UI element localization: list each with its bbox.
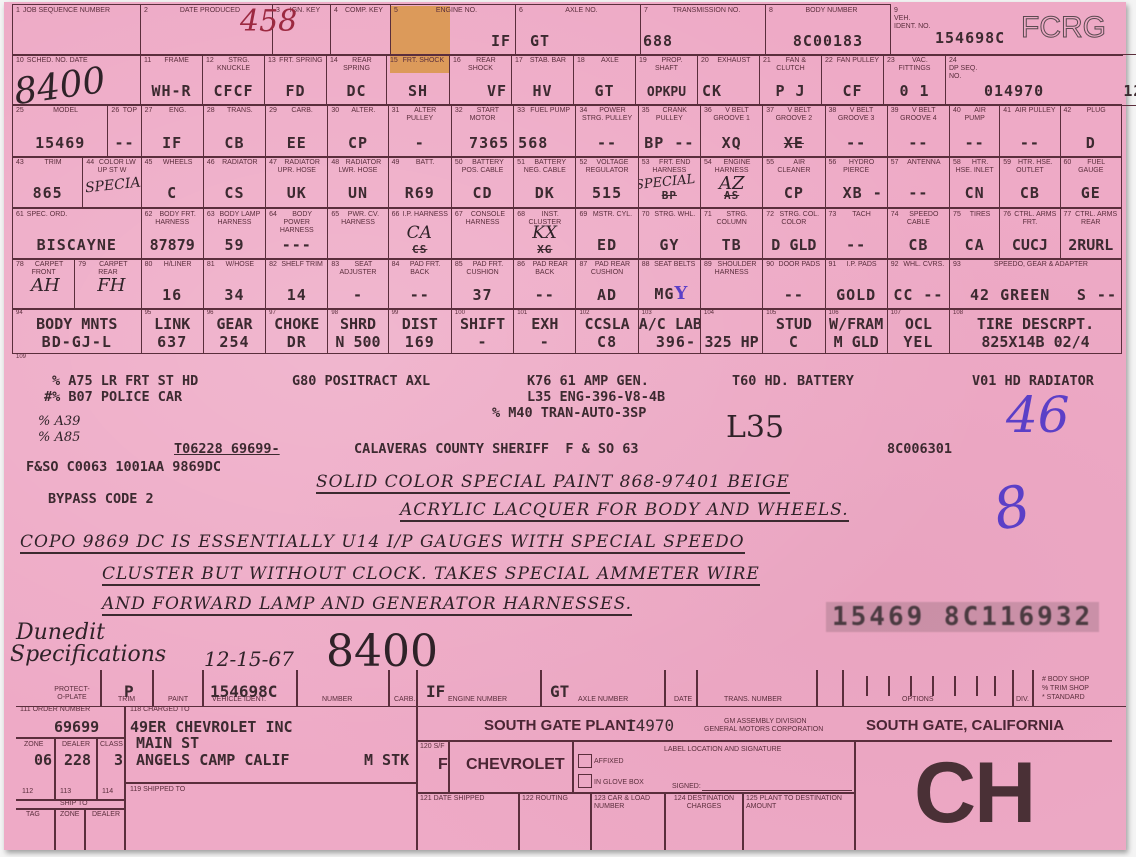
option-line: % A75 LR FRT ST HD (52, 374, 198, 389)
option-line: CALAVERAS COUNTY SHERIFF F & SO 63 (354, 442, 638, 457)
option-line: F&SO C0063 1001AA 9869DC (26, 460, 221, 475)
note-line-3: COPO 9869 DC IS ESSENTIALLY U14 I/P GAUG… (20, 532, 745, 554)
cell-link: 95LINK637 (141, 309, 203, 354)
stock: M STK (364, 751, 409, 769)
plant-code: 14970 (626, 716, 674, 735)
handwritten-a85: % A85 (38, 430, 80, 445)
cell-seat-adjuster: 83Seat Adjuster- (328, 259, 388, 310)
spec-grid: 1Job Sequence Number14 12-08 2Date Produ… (12, 4, 1123, 56)
option-line: T60 HD. BATTERY (732, 374, 854, 389)
spec-grid-row7: 94BODY MNTSBD-GJ-L 95LINK637 96GEAR254 9… (12, 308, 1122, 354)
cell-fuel-gauge: 60Fuel GaugeGE (1060, 157, 1121, 208)
cell-pad-frt-cushion: 85Pad Frt. Cushion37 (451, 259, 513, 310)
cell-plug: 42PlugD (1060, 105, 1121, 158)
cell-radiator-lwr-hose: 48Radiator Lwr. HoseUN (328, 157, 388, 208)
options-num: 109 (16, 354, 26, 360)
cell-trans: 28Trans.CB (203, 105, 265, 158)
cell-crank-pulley: 35Crank PulleyBP -- (638, 105, 700, 158)
build-sheet: 1Job Sequence Number14 12-08 2Date Produ… (4, 2, 1126, 850)
cell-top: 26Top-- (108, 105, 141, 158)
cell-tires: 75TiresCA (950, 209, 1000, 260)
charged-to-line2: MAIN ST (136, 734, 199, 752)
dealer-value: 228 (64, 751, 91, 769)
cell-air-pulley: 41Air Pulley-- (1000, 105, 1060, 158)
cell-voltage-regulator: 52Voltage Regulator515 (576, 157, 638, 208)
cell-trim: 43Trim865 (13, 157, 83, 208)
cell-axle: 18AxleGT (574, 55, 636, 106)
option-line: G80 POSITRACT AXL (292, 374, 430, 389)
note-line-4: CLUSTER BUT WITHOUT CLOCK. TAKES SPECIAL… (102, 564, 760, 586)
cell-frt-spring: 13Frt. SpringFD (265, 55, 327, 106)
cell-transmission-no: 7Transmission No.688 (641, 5, 766, 56)
cell-radiator: 46RadiatorCS (203, 157, 265, 208)
cell-vin: 9Veh. Ident. No.154698CFCRG (891, 5, 1123, 56)
cell-hydro-pierce: 56Hydro PierceXB - (825, 157, 887, 208)
row-7: 94BODY MNTSBD-GJ-L 95LINK637 96GEAR254 9… (13, 309, 1122, 354)
charged-to-line3: ANGELS CAMP CALIF (136, 751, 290, 769)
cell-comp-key: 4Comp. Key (331, 5, 391, 56)
handwritten-46: 46 (1006, 386, 1070, 444)
cell-shrd: 98SHRDN 500 (328, 309, 388, 354)
cell-body-mnts: 94BODY MNTSBD-GJ-L (13, 309, 142, 354)
cell-frame: 11FrameWH-R (141, 55, 203, 106)
make: CHEVROLET (466, 756, 565, 774)
cell-fuel-pump: 33Fuel Pump568 (514, 105, 576, 158)
cell-dist: 99DIST169 (388, 309, 451, 354)
cell-h-liner: 80H/Liner16 (141, 259, 203, 310)
cell-inst-cluster: 68Inst. ClusterKXXG (514, 209, 576, 260)
cell-battery-neg-cable: 51Battery Neg. CableDK (514, 157, 576, 208)
option-line: 8C006301 (887, 442, 952, 457)
cell-shift: 100SHIFT- (451, 309, 513, 354)
glove-box-checkbox[interactable] (578, 774, 592, 788)
cell-speedo-gear: 93Speedo, Gear & Adapter42 GREENS -- (950, 259, 1122, 310)
cell-w-hose: 81W/Hose34 (203, 259, 265, 310)
cell-fan-pulley: 22Fan PulleyCF (822, 55, 884, 106)
plant-location: SOUTH GATE, CALIFORNIA (866, 717, 1064, 734)
cell-ip-pads: 91I.P. PadsGOLD (825, 259, 887, 310)
cell-antenna: 57Antenna-- (887, 157, 949, 208)
option-line: K76 61 AMP GEN. (527, 374, 649, 389)
cell-pad-frt-back: 84Pad Frt. Back-- (388, 259, 451, 310)
cell-strg-whl: 70Strg. Whl.GY (638, 209, 700, 260)
option-line: BYPASS CODE 2 (48, 492, 154, 507)
spec-grid-row6: 78Carpet FrontAH 79Carpet RearFH 80H/Lin… (12, 258, 1122, 310)
sf-value: F (438, 756, 448, 774)
cell-carpet-rear: 79Carpet RearFH (75, 259, 141, 310)
spec-grid-row5: 61Spec. Ord.BISCAYNE 62Body Frt. Harness… (12, 208, 1122, 260)
handwritten-458: 458 (240, 4, 297, 39)
cell-door-pads: 90Door Pads-- (763, 259, 825, 310)
cell-fan-clutch: 21Fan & ClutchP J (760, 55, 822, 106)
cell-exhaust: 20ExhaustCK (698, 55, 760, 106)
row-4: 43Trim865 44Color LW UP ST WSPECIAL 45Wh… (13, 157, 1122, 208)
signature-amount: 8400 (326, 626, 438, 677)
cell-vbelt-3: 38V Belt Groove 3-- (825, 105, 887, 158)
cell-tire-descrpt: 108TIRE DESCRPT.825X14B 02/4 (950, 309, 1122, 354)
zone-value: 06 (34, 751, 52, 769)
cell-seat-belts: 88Seat BeltsMGY (638, 259, 700, 310)
cell-speedo-cable: 74Speedo CableCB (887, 209, 949, 260)
cell-job-seq: 1Job Sequence Number14 12-08 (13, 5, 141, 56)
cell-ocl: 107OCLYEL (887, 309, 949, 354)
cell-ip-harness: 66I.P. HarnessCACS (388, 209, 451, 260)
cell-ccsla: 102CCSLAC8 (576, 309, 638, 354)
cell-htr-hse-inlet: 58Htr. Hse. InletCN (950, 157, 1000, 208)
cell-alter-pulley: 31Alter Pulley- (388, 105, 451, 158)
option-line: L35 ENG-396-V8-4B (527, 390, 665, 405)
class-value: 3 (114, 751, 123, 769)
cell-pwr-cv-harness: 65Pwr. CV. Harness (328, 209, 388, 260)
protect-o-plate-row: Protect-O-Plate Trim P Paint Vehicle Ide… (16, 682, 1126, 707)
signature-line2: Specifications (10, 642, 166, 667)
cell-carpet-front: 78Carpet FrontAH (13, 259, 75, 310)
serial-stamp: 15469 8C116932 (826, 602, 1099, 632)
handwritten-l35: L35 (726, 410, 784, 445)
cell-htr-hse-outlet: 59Htr. Hse. OutletCB (1000, 157, 1060, 208)
cell-shelf-trim: 82Shelf Trim14 (266, 259, 328, 310)
cell-w-fram: 106W/FRAMM GLD (825, 309, 887, 354)
row-3: 25Model15469 26Top-- 27Eng.IF 28Trans.CB… (13, 105, 1122, 158)
row-5: 61Spec. Ord.BISCAYNE 62Body Frt. Harness… (13, 209, 1122, 260)
spec-grid-row2: 10Sched. No. Date 11FrameWH-R 12Strg. Kn… (12, 54, 1136, 106)
cell-body-power-harness: 64Body Power Harness--- (266, 209, 328, 260)
cell-axle-no: 6Axle No.GT (516, 5, 641, 56)
handwritten-8-scribble: 8 (988, 473, 1036, 544)
plant-name: SOUTH GATE PLANT (484, 717, 635, 734)
cell-engine-harness: 54Engine HarnessAZAS (700, 157, 762, 208)
signature-date: 12-15-67 (204, 647, 294, 671)
cell-eng: 27Eng.IF (141, 105, 203, 158)
cell-air-cleaner: 55Air CleanerCP (763, 157, 825, 208)
cell-stab-bar: 17Stab. BarHV (512, 55, 574, 106)
cell-body-frt-harness: 62Body Frt. Harness87879 (141, 209, 203, 260)
cell-power-strg-pulley: 34Power Strg. Pulley-- (576, 105, 638, 158)
cell-dp-seq: 24DP Seq. No.01497012-18 (946, 55, 1136, 106)
affixed-checkbox[interactable] (578, 754, 592, 768)
cell-strg-col-color: 72Strg. Col. ColorD GLD (763, 209, 825, 260)
cell-pad-rear-back: 86Pad Rear Back-- (514, 259, 576, 310)
row-1: 1Job Sequence Number14 12-08 2Date Produ… (13, 5, 1123, 56)
cell-strg-column: 71Strg. ColumnTB (700, 209, 762, 260)
cell-alter: 30Alter.CP (328, 105, 388, 158)
cell-frt-shock: 15Frt. ShockSH (387, 55, 450, 106)
cell-ac-label: 103A/C LABEL396- (638, 309, 700, 354)
spec-grid-row4: 43Trim865 44Color LW UP ST WSPECIAL 45Wh… (12, 156, 1122, 208)
spec-grid-row3: 25Model15469 26Top-- 27Eng.IF 28Trans.CB… (12, 104, 1122, 158)
cell-gear: 96GEAR254 (203, 309, 265, 354)
cell-rear-shock: 16Rear ShockVF (450, 55, 512, 106)
cell-radiator-upr-hose: 47Radiator Upr. HoseUK (266, 157, 328, 208)
order-number: 69699 (54, 718, 99, 736)
cell-vbelt-4: 39V Belt Groove 4-- (887, 105, 949, 158)
cell-frt-end-harness: 53Frt. End HarnessSPECIALBP (638, 157, 700, 208)
cell-vbelt-1: 36V Belt Groove 1XQ (700, 105, 762, 158)
cell-ctrl-arms-rear: 77Ctrl. Arms Rear2RURL (1060, 209, 1121, 260)
cell-vac-fittings: 23Vac. Fittings0 1 (884, 55, 946, 106)
cell-rear-spring: 14Rear SpringDC (327, 55, 387, 106)
cell-prop-shaft: 19Prop. ShaftOPKPU (636, 55, 698, 106)
cell-exh: 101EXH- (514, 309, 576, 354)
cell-pad-rear-cushion: 87Pad Rear CushionAD (576, 259, 638, 310)
cell-mstr-cyl: 69Mstr. Cyl.ED (576, 209, 638, 260)
fcrg-stamp: FCRG (1021, 11, 1106, 45)
note-line-1: SOLID COLOR SPECIAL PAINT 868-97401 BEIG… (316, 472, 790, 494)
cell-model: 25Model15469 (13, 105, 108, 158)
cell-batt: 49Batt.R69 (388, 157, 451, 208)
cell-strg-knuckle: 12Strg. KnuckleCFCF (203, 55, 265, 106)
option-line: T06228 69699- (174, 442, 280, 457)
cell-color: 44Color LW UP ST WSPECIAL (83, 157, 141, 208)
cell-start-motor: 32Start Motor7365 (451, 105, 513, 158)
option-line: % M40 TRAN-AUTO-3SP (492, 406, 646, 421)
cell-whl-cvrs: 92Whl. Cvrs.CC -- (887, 259, 949, 310)
cell-hp: 104325 HP (700, 309, 762, 354)
cell-battery-pos-cable: 50Battery Pos. CableCD (451, 157, 513, 208)
cell-tach: 73Tach-- (825, 209, 887, 260)
cell-wheels: 45WheelsC (141, 157, 203, 208)
cell-stud: 105STUDC (763, 309, 825, 354)
cell-ctrl-arms-frt: 76Ctrl. Arms Frt.CUCJ (1000, 209, 1060, 260)
division-code: CH (914, 750, 1034, 836)
note-line-5: AND FORWARD LAMP AND GENERATOR HARNESSES… (102, 594, 632, 616)
row-2: 10Sched. No. Date 11FrameWH-R 12Strg. Kn… (13, 55, 1136, 106)
cell-spec-ord: 61Spec. Ord.BISCAYNE (13, 209, 142, 260)
cell-vbelt-2: 37V Belt Groove 2XE (763, 105, 825, 158)
cell-console-harness: 67Console Harness (451, 209, 513, 260)
cell-body-lamp-harness: 63Body Lamp Harness59 (203, 209, 265, 260)
option-line: #% B07 POLICE CAR (44, 390, 182, 405)
cell-air-pump: 40Air Pump-- (950, 105, 1000, 158)
cell-choke: 97CHOKEDR (266, 309, 328, 354)
cell-body-number: 8Body Number8C00183 (766, 5, 891, 56)
cell-carb: 29Carb.EE (266, 105, 328, 158)
row-6: 78Carpet FrontAH 79Carpet RearFH 80H/Lin… (13, 259, 1122, 310)
cell-shoulder-harness: 89Shoulder Harness (700, 259, 762, 310)
handwritten-a39: % A39 (38, 414, 80, 429)
note-line-2: ACRYLIC LACQUER FOR BODY AND WHEELS. (400, 500, 849, 522)
cell-engine-no: 5Engine No.IF (391, 5, 516, 56)
